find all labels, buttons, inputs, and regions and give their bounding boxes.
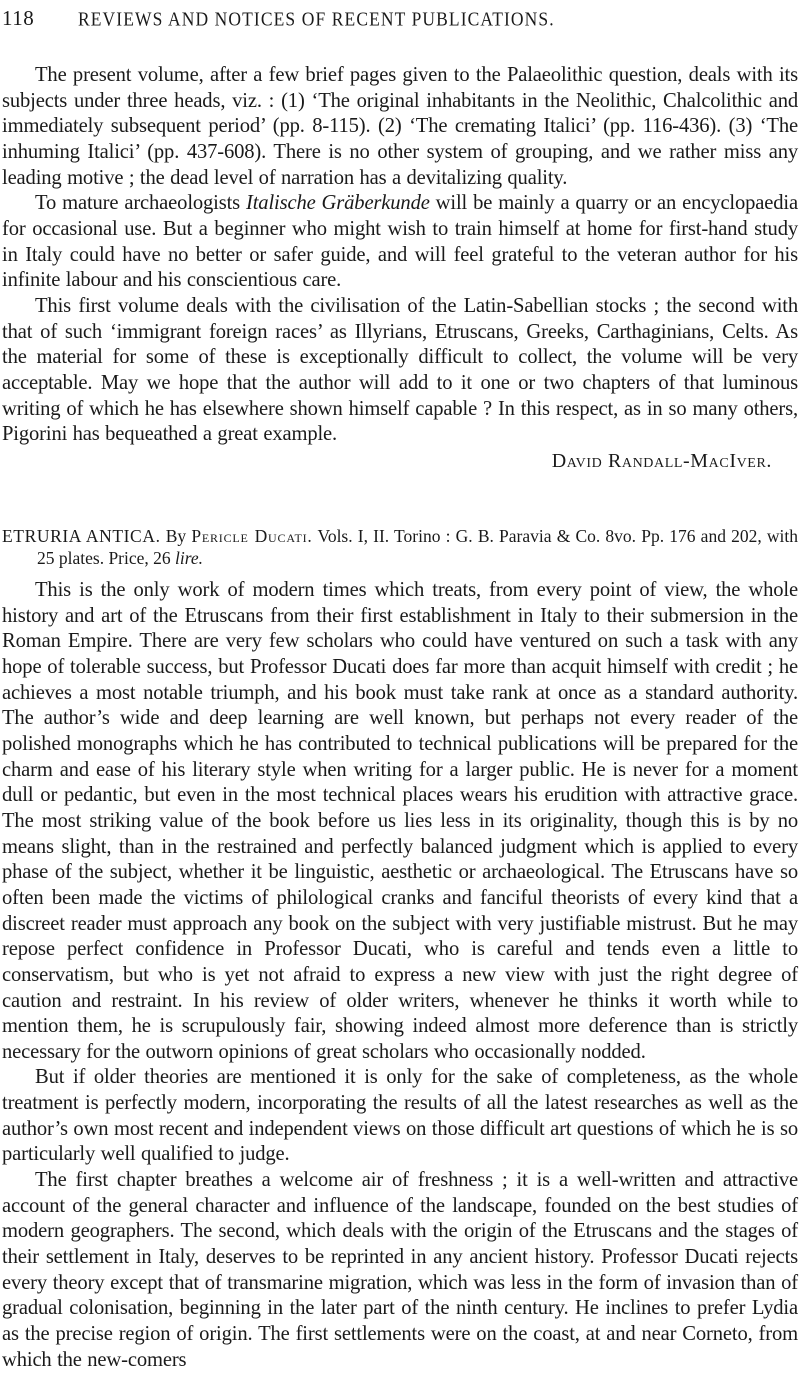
review-1-paragraph: This first volume deals with the civilis… — [2, 294, 798, 448]
review-2-paragraph: But if older theories are mentioned it i… — [2, 1065, 798, 1168]
by-label: By — [166, 526, 186, 546]
running-head-title: REVIEWS AND NOTICES OF RECENT PUBLICATIO… — [78, 7, 555, 31]
review-2-heading: ETRURIA ANTICA. By Pericle Ducati. Vols.… — [2, 525, 798, 569]
book-title-italic: Italische Gräberkunde — [246, 192, 430, 214]
running-head: 118 REVIEWS AND NOTICES OF RECENT PUBLIC… — [2, 4, 798, 34]
review-1-body: The present volume, after a few brief pa… — [2, 63, 798, 448]
price-currency: lire. — [175, 548, 203, 568]
review-2-paragraph: This is the only work of modern times wh… — [2, 578, 798, 1065]
bibliographic-entry: ETRURIA ANTICA. By Pericle Ducati. Vols.… — [2, 525, 798, 569]
paragraph-text: This first volume deals with the civilis… — [2, 295, 798, 445]
paragraph-text: The present volume, after a few brief pa… — [2, 64, 798, 189]
book-title: ETRURIA ANTICA. — [2, 526, 161, 546]
review-2-body: This is the only work of modern times wh… — [2, 578, 798, 1373]
review-2-paragraph: The first chapter breathes a welcome air… — [2, 1168, 798, 1373]
reviewer-signature: David Randall-MacIver. — [552, 450, 772, 473]
book-author: Pericle Ducati. — [191, 526, 312, 546]
review-1-paragraph: To mature archaeologists Italische Gräbe… — [2, 191, 798, 294]
review-1-paragraph: The present volume, after a few brief pa… — [2, 63, 798, 191]
page-number: 118 — [2, 6, 34, 31]
paragraph-text: To mature archaeologists — [35, 192, 246, 214]
